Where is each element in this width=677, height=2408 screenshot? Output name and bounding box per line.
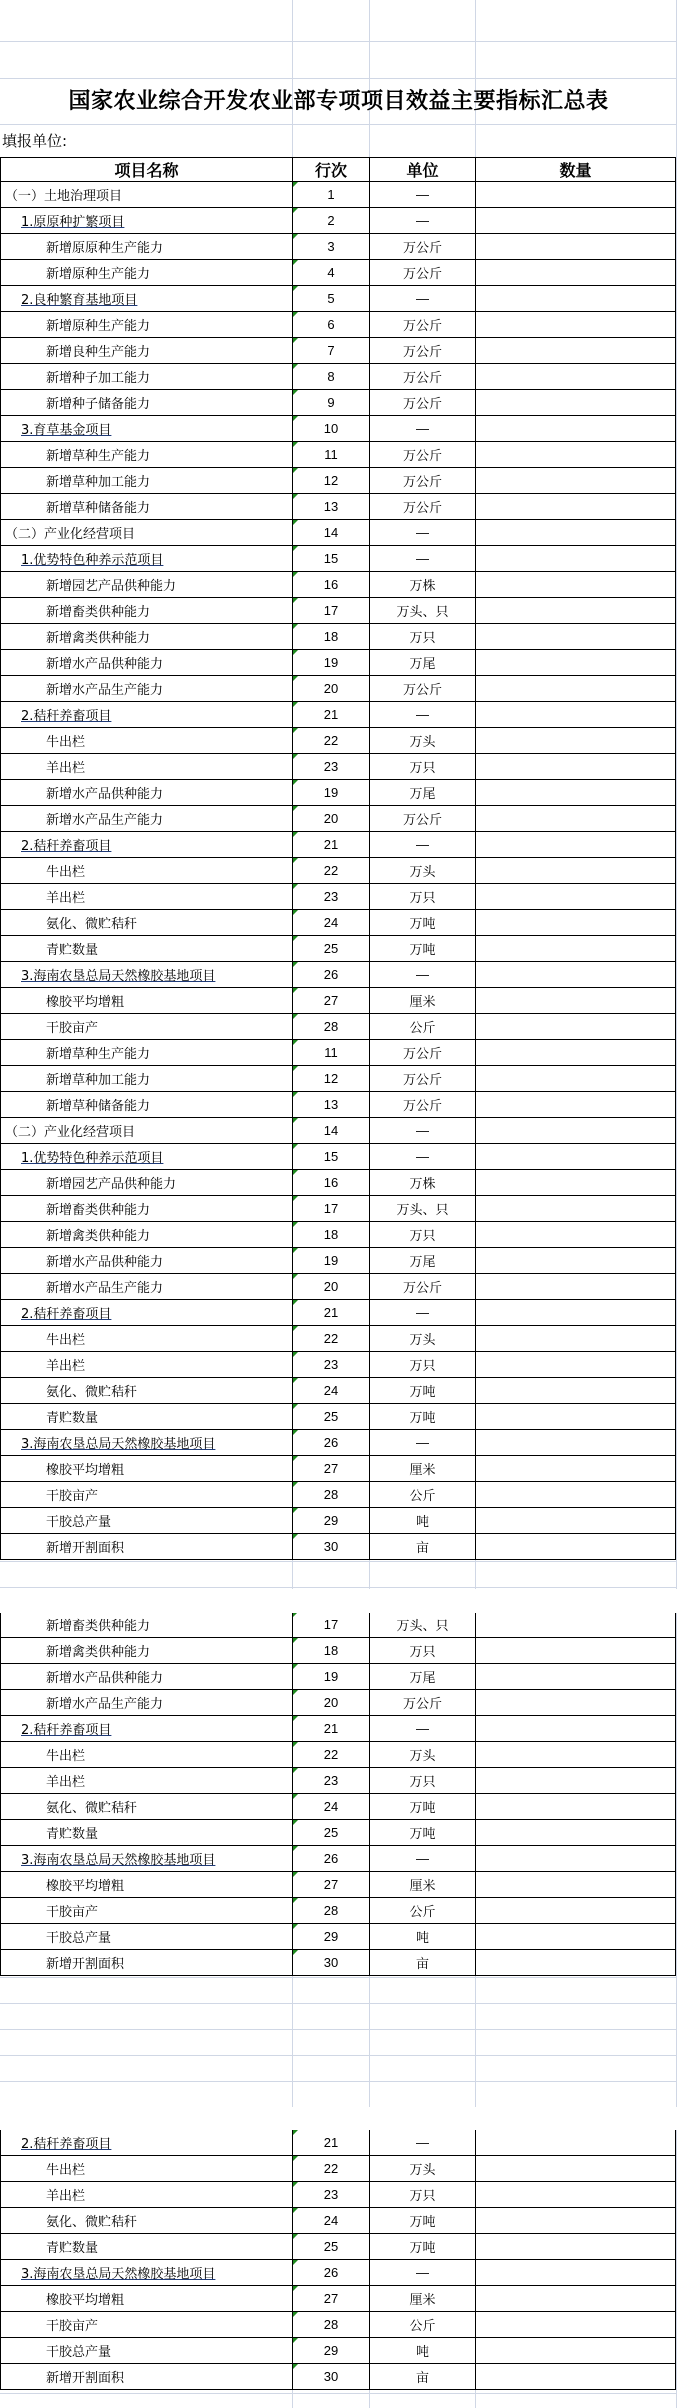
row-number-cell[interactable]: 16 bbox=[293, 1170, 370, 1196]
row-number-cell[interactable]: 22 bbox=[293, 1742, 370, 1768]
quantity-cell[interactable] bbox=[476, 2286, 676, 2312]
unit-cell[interactable]: 万只 bbox=[370, 1638, 476, 1664]
row-number-cell[interactable]: 27 bbox=[293, 2286, 370, 2312]
row-number-cell[interactable]: 22 bbox=[293, 2156, 370, 2182]
item-name-cell[interactable]: 新增水产品生产能力 bbox=[1, 676, 293, 702]
quantity-cell[interactable] bbox=[476, 676, 676, 702]
quantity-cell[interactable] bbox=[476, 520, 676, 546]
item-name-cell[interactable]: 橡胶平均增粗 bbox=[1, 988, 293, 1014]
unit-cell[interactable]: 万头、只 bbox=[370, 598, 476, 624]
quantity-cell[interactable] bbox=[476, 572, 676, 598]
quantity-cell[interactable] bbox=[476, 1404, 676, 1430]
unit-cell[interactable]: 万头 bbox=[370, 1742, 476, 1768]
item-name-cell[interactable]: 新增种子加工能力 bbox=[1, 364, 293, 390]
row-number-cell[interactable]: 20 bbox=[293, 806, 370, 832]
item-name-cell[interactable]: 新增水产品供种能力 bbox=[1, 1664, 293, 1690]
quantity-cell[interactable] bbox=[476, 416, 676, 442]
quantity-cell[interactable] bbox=[476, 364, 676, 390]
unit-cell[interactable]: 万头 bbox=[370, 858, 476, 884]
item-name-cell[interactable]: 新增水产品供种能力 bbox=[1, 780, 293, 806]
item-name-cell[interactable]: 橡胶平均增粗 bbox=[1, 2286, 293, 2312]
item-name-cell[interactable]: 羊出栏 bbox=[1, 754, 293, 780]
item-name-cell[interactable]: （二）产业化经营项目 bbox=[1, 520, 293, 546]
row-number-cell[interactable]: 11 bbox=[293, 1040, 370, 1066]
item-name-cell[interactable]: 氨化、微贮秸秆 bbox=[1, 910, 293, 936]
item-name-cell[interactable]: 3.海南农垦总局天然橡胶基地项目 bbox=[1, 2260, 293, 2286]
unit-cell[interactable]: 厘米 bbox=[370, 1872, 476, 1898]
unit-cell[interactable]: 万头 bbox=[370, 1326, 476, 1352]
item-name-cell[interactable]: 新增水产品供种能力 bbox=[1, 650, 293, 676]
quantity-cell[interactable] bbox=[476, 2234, 676, 2260]
unit-cell[interactable]: 厘米 bbox=[370, 1456, 476, 1482]
item-name-cell[interactable]: 干胶亩产 bbox=[1, 1014, 293, 1040]
quantity-cell[interactable] bbox=[476, 1508, 676, 1534]
item-name-cell[interactable]: 新增开割面积 bbox=[1, 2364, 293, 2390]
item-name-cell[interactable]: 新增禽类供种能力 bbox=[1, 1222, 293, 1248]
row-number-cell[interactable]: 9 bbox=[293, 390, 370, 416]
quantity-cell[interactable] bbox=[476, 1664, 676, 1690]
row-number-cell[interactable]: 20 bbox=[293, 676, 370, 702]
row-number-cell[interactable]: 15 bbox=[293, 1144, 370, 1170]
quantity-cell[interactable] bbox=[476, 780, 676, 806]
item-name-cell[interactable]: 青贮数量 bbox=[1, 1820, 293, 1846]
quantity-cell[interactable] bbox=[476, 1898, 676, 1924]
item-name-cell[interactable]: 干胶总产量 bbox=[1, 2338, 293, 2364]
row-number-cell[interactable]: 23 bbox=[293, 1768, 370, 1794]
row-number-cell[interactable]: 26 bbox=[293, 1846, 370, 1872]
row-number-cell[interactable]: 15 bbox=[293, 546, 370, 572]
quantity-cell[interactable] bbox=[476, 1950, 676, 1976]
item-name-cell[interactable]: 青贮数量 bbox=[1, 1404, 293, 1430]
item-name-cell[interactable]: 新增草种生产能力 bbox=[1, 1040, 293, 1066]
unit-cell[interactable]: — bbox=[370, 416, 476, 442]
row-number-cell[interactable]: 29 bbox=[293, 2338, 370, 2364]
quantity-cell[interactable] bbox=[476, 468, 676, 494]
item-name-cell[interactable]: 新增草种储备能力 bbox=[1, 494, 293, 520]
quantity-cell[interactable] bbox=[476, 988, 676, 1014]
quantity-cell[interactable] bbox=[476, 1716, 676, 1742]
quantity-cell[interactable] bbox=[476, 338, 676, 364]
quantity-cell[interactable] bbox=[476, 1326, 676, 1352]
row-number-cell[interactable]: 28 bbox=[293, 1014, 370, 1040]
item-name-cell[interactable]: 新增畜类供种能力 bbox=[1, 1612, 293, 1638]
quantity-cell[interactable] bbox=[476, 598, 676, 624]
unit-cell[interactable]: 万吨 bbox=[370, 1378, 476, 1404]
unit-cell[interactable]: 万尾 bbox=[370, 1248, 476, 1274]
quantity-cell[interactable] bbox=[476, 2208, 676, 2234]
quantity-cell[interactable] bbox=[476, 1924, 676, 1950]
item-name-cell[interactable]: 1.优势特色种养示范项目 bbox=[1, 1144, 293, 1170]
unit-cell[interactable]: 万公斤 bbox=[370, 468, 476, 494]
unit-cell[interactable]: 吨 bbox=[370, 2338, 476, 2364]
quantity-cell[interactable] bbox=[476, 286, 676, 312]
item-name-cell[interactable]: 新增草种储备能力 bbox=[1, 1092, 293, 1118]
item-name-cell[interactable]: 羊出栏 bbox=[1, 1352, 293, 1378]
unit-cell[interactable]: 万吨 bbox=[370, 1820, 476, 1846]
item-name-cell[interactable]: 2.秸秆养畜项目 bbox=[1, 1300, 293, 1326]
unit-cell[interactable]: — bbox=[370, 2260, 476, 2286]
unit-cell[interactable]: — bbox=[370, 832, 476, 858]
row-number-cell[interactable]: 22 bbox=[293, 858, 370, 884]
row-number-cell[interactable]: 22 bbox=[293, 728, 370, 754]
row-number-cell[interactable]: 2 bbox=[293, 208, 370, 234]
unit-cell[interactable]: 亩 bbox=[370, 1534, 476, 1560]
unit-cell[interactable]: 万公斤 bbox=[370, 234, 476, 260]
item-name-cell[interactable]: 牛出栏 bbox=[1, 2156, 293, 2182]
unit-cell[interactable]: 万公斤 bbox=[370, 260, 476, 286]
item-name-cell[interactable]: 新增开割面积 bbox=[1, 1534, 293, 1560]
row-number-cell[interactable]: 24 bbox=[293, 2208, 370, 2234]
unit-cell[interactable]: 万头 bbox=[370, 728, 476, 754]
unit-cell[interactable]: 万公斤 bbox=[370, 442, 476, 468]
unit-cell[interactable]: 万只 bbox=[370, 1352, 476, 1378]
unit-cell[interactable]: 公斤 bbox=[370, 1014, 476, 1040]
row-number-cell[interactable]: 26 bbox=[293, 962, 370, 988]
row-number-cell[interactable]: 30 bbox=[293, 1950, 370, 1976]
quantity-cell[interactable] bbox=[476, 754, 676, 780]
quantity-cell[interactable] bbox=[476, 494, 676, 520]
item-name-cell[interactable]: 橡胶平均增粗 bbox=[1, 1456, 293, 1482]
quantity-cell[interactable] bbox=[476, 1352, 676, 1378]
row-number-cell[interactable]: 27 bbox=[293, 1872, 370, 1898]
quantity-cell[interactable] bbox=[476, 2364, 676, 2390]
unit-cell[interactable]: 万头、只 bbox=[370, 1196, 476, 1222]
row-number-cell[interactable]: 28 bbox=[293, 1898, 370, 1924]
row-number-cell[interactable]: 20 bbox=[293, 1690, 370, 1716]
unit-cell[interactable]: 万公斤 bbox=[370, 312, 476, 338]
unit-cell[interactable]: — bbox=[370, 546, 476, 572]
quantity-cell[interactable] bbox=[476, 2182, 676, 2208]
row-number-cell[interactable]: 17 bbox=[293, 1196, 370, 1222]
quantity-cell[interactable] bbox=[476, 1820, 676, 1846]
row-number-cell[interactable]: 13 bbox=[293, 494, 370, 520]
item-name-cell[interactable]: 新增原原种生产能力 bbox=[1, 234, 293, 260]
row-number-cell[interactable]: 21 bbox=[293, 832, 370, 858]
unit-cell[interactable]: 万公斤 bbox=[370, 1274, 476, 1300]
item-name-cell[interactable]: 新增开割面积 bbox=[1, 1950, 293, 1976]
row-number-cell[interactable]: 27 bbox=[293, 1456, 370, 1482]
row-number-cell[interactable]: 21 bbox=[293, 1300, 370, 1326]
item-name-cell[interactable]: 青贮数量 bbox=[1, 936, 293, 962]
quantity-cell[interactable] bbox=[476, 1092, 676, 1118]
unit-cell[interactable]: 亩 bbox=[370, 2364, 476, 2390]
unit-cell[interactable]: 万尾 bbox=[370, 650, 476, 676]
unit-cell[interactable]: — bbox=[370, 702, 476, 728]
quantity-cell[interactable] bbox=[476, 1872, 676, 1898]
item-name-cell[interactable]: 新增种子储备能力 bbox=[1, 390, 293, 416]
unit-cell[interactable]: 公斤 bbox=[370, 1482, 476, 1508]
item-name-cell[interactable]: 干胶总产量 bbox=[1, 1508, 293, 1534]
quantity-cell[interactable] bbox=[476, 910, 676, 936]
quantity-cell[interactable] bbox=[476, 1196, 676, 1222]
quantity-cell[interactable] bbox=[476, 1066, 676, 1092]
unit-cell[interactable]: 万公斤 bbox=[370, 1040, 476, 1066]
item-name-cell[interactable]: 干胶亩产 bbox=[1, 2312, 293, 2338]
quantity-cell[interactable] bbox=[476, 1144, 676, 1170]
quantity-cell[interactable] bbox=[476, 1248, 676, 1274]
item-name-cell[interactable]: 干胶总产量 bbox=[1, 1924, 293, 1950]
row-number-cell[interactable]: 30 bbox=[293, 2364, 370, 2390]
item-name-cell[interactable]: 新增草种生产能力 bbox=[1, 442, 293, 468]
row-number-cell[interactable]: 25 bbox=[293, 1404, 370, 1430]
row-number-cell[interactable]: 10 bbox=[293, 416, 370, 442]
quantity-cell[interactable] bbox=[476, 1274, 676, 1300]
quantity-cell[interactable] bbox=[476, 1456, 676, 1482]
item-name-cell[interactable]: 牛出栏 bbox=[1, 728, 293, 754]
unit-cell[interactable]: 亩 bbox=[370, 1950, 476, 1976]
unit-cell[interactable]: — bbox=[370, 286, 476, 312]
quantity-cell[interactable] bbox=[476, 546, 676, 572]
row-number-cell[interactable]: 23 bbox=[293, 884, 370, 910]
row-number-cell[interactable]: 19 bbox=[293, 1248, 370, 1274]
item-name-cell[interactable]: 羊出栏 bbox=[1, 884, 293, 910]
item-name-cell[interactable]: 2.秸秆养畜项目 bbox=[1, 832, 293, 858]
row-number-cell[interactable]: 21 bbox=[293, 2130, 370, 2156]
quantity-cell[interactable] bbox=[476, 1794, 676, 1820]
row-number-cell[interactable]: 14 bbox=[293, 1118, 370, 1144]
item-name-cell[interactable]: 氨化、微贮秸秆 bbox=[1, 2208, 293, 2234]
unit-cell[interactable]: 万株 bbox=[370, 572, 476, 598]
row-number-cell[interactable]: 21 bbox=[293, 1716, 370, 1742]
quantity-cell[interactable] bbox=[476, 1742, 676, 1768]
quantity-cell[interactable] bbox=[476, 624, 676, 650]
quantity-cell[interactable] bbox=[476, 2156, 676, 2182]
quantity-cell[interactable] bbox=[476, 2312, 676, 2338]
quantity-cell[interactable] bbox=[476, 2260, 676, 2286]
unit-cell[interactable]: — bbox=[370, 1144, 476, 1170]
quantity-cell[interactable] bbox=[476, 1482, 676, 1508]
quantity-cell[interactable] bbox=[476, 1430, 676, 1456]
quantity-cell[interactable] bbox=[476, 884, 676, 910]
unit-cell[interactable]: 万公斤 bbox=[370, 494, 476, 520]
row-number-cell[interactable]: 30 bbox=[293, 1534, 370, 1560]
quantity-cell[interactable] bbox=[476, 1014, 676, 1040]
row-number-cell[interactable]: 19 bbox=[293, 650, 370, 676]
quantity-cell[interactable] bbox=[476, 234, 676, 260]
unit-cell[interactable]: 万吨 bbox=[370, 936, 476, 962]
unit-cell[interactable]: 万公斤 bbox=[370, 1092, 476, 1118]
row-number-cell[interactable]: 18 bbox=[293, 1638, 370, 1664]
quantity-cell[interactable] bbox=[476, 650, 676, 676]
item-name-cell[interactable]: 新增水产品供种能力 bbox=[1, 1248, 293, 1274]
unit-cell[interactable]: 万吨 bbox=[370, 2234, 476, 2260]
item-name-cell[interactable]: 新增园艺产品供种能力 bbox=[1, 572, 293, 598]
quantity-cell[interactable] bbox=[476, 1300, 676, 1326]
row-number-cell[interactable]: 14 bbox=[293, 520, 370, 546]
quantity-cell[interactable] bbox=[476, 962, 676, 988]
unit-cell[interactable]: 万尾 bbox=[370, 780, 476, 806]
item-name-cell[interactable]: 3.海南农垦总局天然橡胶基地项目 bbox=[1, 1846, 293, 1872]
item-name-cell[interactable]: 羊出栏 bbox=[1, 2182, 293, 2208]
quantity-cell[interactable] bbox=[476, 390, 676, 416]
item-name-cell[interactable]: 新增草种加工能力 bbox=[1, 468, 293, 494]
quantity-cell[interactable] bbox=[476, 208, 676, 234]
row-number-cell[interactable]: 11 bbox=[293, 442, 370, 468]
row-number-cell[interactable]: 3 bbox=[293, 234, 370, 260]
unit-cell[interactable]: 万头 bbox=[370, 2156, 476, 2182]
row-number-cell[interactable]: 19 bbox=[293, 1664, 370, 1690]
row-number-cell[interactable]: 23 bbox=[293, 1352, 370, 1378]
quantity-cell[interactable] bbox=[476, 1378, 676, 1404]
unit-cell[interactable]: 万公斤 bbox=[370, 390, 476, 416]
unit-cell[interactable]: 万吨 bbox=[370, 1794, 476, 1820]
row-number-cell[interactable]: 23 bbox=[293, 2182, 370, 2208]
row-number-cell[interactable]: 29 bbox=[293, 1924, 370, 1950]
row-number-cell[interactable]: 20 bbox=[293, 1274, 370, 1300]
unit-cell[interactable]: 万只 bbox=[370, 1768, 476, 1794]
item-name-cell[interactable]: 新增园艺产品供种能力 bbox=[1, 1170, 293, 1196]
item-name-cell[interactable]: 3.育草基金项目 bbox=[1, 416, 293, 442]
quantity-cell[interactable] bbox=[476, 1534, 676, 1560]
row-number-cell[interactable]: 12 bbox=[293, 468, 370, 494]
unit-cell[interactable]: — bbox=[370, 208, 476, 234]
quantity-cell[interactable] bbox=[476, 1222, 676, 1248]
quantity-cell[interactable] bbox=[476, 2130, 676, 2156]
unit-cell[interactable]: — bbox=[370, 520, 476, 546]
row-number-cell[interactable]: 13 bbox=[293, 1092, 370, 1118]
item-name-cell[interactable]: 新增禽类供种能力 bbox=[1, 1638, 293, 1664]
unit-cell[interactable]: — bbox=[370, 1118, 476, 1144]
unit-cell[interactable]: — bbox=[370, 1430, 476, 1456]
unit-cell[interactable]: 万吨 bbox=[370, 1404, 476, 1430]
item-name-cell[interactable]: 新增畜类供种能力 bbox=[1, 598, 293, 624]
item-name-cell[interactable]: 2.良种繁育基地项目 bbox=[1, 286, 293, 312]
item-name-cell[interactable]: 氨化、微贮秸秆 bbox=[1, 1794, 293, 1820]
quantity-cell[interactable] bbox=[476, 1768, 676, 1794]
unit-cell[interactable]: 厘米 bbox=[370, 988, 476, 1014]
item-name-cell[interactable]: 牛出栏 bbox=[1, 1326, 293, 1352]
unit-cell[interactable]: 万只 bbox=[370, 884, 476, 910]
item-name-cell[interactable]: 新增畜类供种能力 bbox=[1, 1196, 293, 1222]
row-number-cell[interactable]: 8 bbox=[293, 364, 370, 390]
unit-cell[interactable]: 万吨 bbox=[370, 910, 476, 936]
unit-cell[interactable]: 吨 bbox=[370, 1508, 476, 1534]
unit-cell[interactable]: — bbox=[370, 1300, 476, 1326]
item-name-cell[interactable]: （二）产业化经营项目 bbox=[1, 1118, 293, 1144]
quantity-cell[interactable] bbox=[476, 806, 676, 832]
row-number-cell[interactable]: 4 bbox=[293, 260, 370, 286]
quantity-cell[interactable] bbox=[476, 1118, 676, 1144]
unit-cell[interactable]: 万尾 bbox=[370, 1664, 476, 1690]
item-name-cell[interactable]: 2.秸秆养畜项目 bbox=[1, 1716, 293, 1742]
quantity-cell[interactable] bbox=[476, 1170, 676, 1196]
unit-cell[interactable]: 万公斤 bbox=[370, 1066, 476, 1092]
item-name-cell[interactable]: 干胶亩产 bbox=[1, 1898, 293, 1924]
unit-cell[interactable]: 公斤 bbox=[370, 2312, 476, 2338]
row-number-cell[interactable]: 17 bbox=[293, 1612, 370, 1638]
unit-cell[interactable]: — bbox=[370, 1846, 476, 1872]
row-number-cell[interactable]: 26 bbox=[293, 2260, 370, 2286]
row-number-cell[interactable]: 22 bbox=[293, 1326, 370, 1352]
row-number-cell[interactable]: 25 bbox=[293, 1820, 370, 1846]
row-number-cell[interactable]: 25 bbox=[293, 936, 370, 962]
unit-cell[interactable]: — bbox=[370, 2130, 476, 2156]
row-number-cell[interactable]: 16 bbox=[293, 572, 370, 598]
item-name-cell[interactable]: 橡胶平均增粗 bbox=[1, 1872, 293, 1898]
item-name-cell[interactable]: 新增草种加工能力 bbox=[1, 1066, 293, 1092]
row-number-cell[interactable]: 12 bbox=[293, 1066, 370, 1092]
item-name-cell[interactable]: （一）土地治理项目 bbox=[1, 182, 293, 208]
quantity-cell[interactable] bbox=[476, 1846, 676, 1872]
row-number-cell[interactable]: 6 bbox=[293, 312, 370, 338]
unit-cell[interactable]: 万只 bbox=[370, 1222, 476, 1248]
row-number-cell[interactable]: 21 bbox=[293, 702, 370, 728]
unit-cell[interactable]: 万头、只 bbox=[370, 1612, 476, 1638]
row-number-cell[interactable]: 18 bbox=[293, 1222, 370, 1248]
row-number-cell[interactable]: 29 bbox=[293, 1508, 370, 1534]
row-number-cell[interactable]: 27 bbox=[293, 988, 370, 1014]
row-number-cell[interactable]: 1 bbox=[293, 182, 370, 208]
unit-cell[interactable]: — bbox=[370, 1716, 476, 1742]
item-name-cell[interactable]: 新增良种生产能力 bbox=[1, 338, 293, 364]
row-number-cell[interactable]: 28 bbox=[293, 1482, 370, 1508]
quantity-cell[interactable] bbox=[476, 1612, 676, 1638]
row-number-cell[interactable]: 28 bbox=[293, 2312, 370, 2338]
quantity-cell[interactable] bbox=[476, 702, 676, 728]
unit-cell[interactable]: 万只 bbox=[370, 754, 476, 780]
item-name-cell[interactable]: 新增水产品生产能力 bbox=[1, 1274, 293, 1300]
item-name-cell[interactable]: 新增水产品生产能力 bbox=[1, 1690, 293, 1716]
quantity-cell[interactable] bbox=[476, 1040, 676, 1066]
unit-cell[interactable]: 万公斤 bbox=[370, 676, 476, 702]
row-number-cell[interactable]: 25 bbox=[293, 2234, 370, 2260]
unit-cell[interactable]: — bbox=[370, 962, 476, 988]
item-name-cell[interactable]: 干胶亩产 bbox=[1, 1482, 293, 1508]
quantity-cell[interactable] bbox=[476, 1690, 676, 1716]
item-name-cell[interactable]: 新增原种生产能力 bbox=[1, 260, 293, 286]
row-number-cell[interactable]: 17 bbox=[293, 598, 370, 624]
quantity-cell[interactable] bbox=[476, 832, 676, 858]
quantity-cell[interactable] bbox=[476, 442, 676, 468]
item-name-cell[interactable]: 新增原种生产能力 bbox=[1, 312, 293, 338]
quantity-cell[interactable] bbox=[476, 312, 676, 338]
row-number-cell[interactable]: 5 bbox=[293, 286, 370, 312]
quantity-cell[interactable] bbox=[476, 260, 676, 286]
item-name-cell[interactable]: 3.海南农垦总局天然橡胶基地项目 bbox=[1, 962, 293, 988]
unit-cell[interactable]: 万只 bbox=[370, 624, 476, 650]
row-number-cell[interactable]: 24 bbox=[293, 1378, 370, 1404]
row-number-cell[interactable]: 26 bbox=[293, 1430, 370, 1456]
unit-cell[interactable]: 万株 bbox=[370, 1170, 476, 1196]
unit-cell[interactable]: 公斤 bbox=[370, 1898, 476, 1924]
quantity-cell[interactable] bbox=[476, 2338, 676, 2364]
unit-cell[interactable]: 万公斤 bbox=[370, 1690, 476, 1716]
unit-cell[interactable]: 万只 bbox=[370, 2182, 476, 2208]
unit-cell[interactable]: 万公斤 bbox=[370, 364, 476, 390]
quantity-cell[interactable] bbox=[476, 936, 676, 962]
item-name-cell[interactable]: 羊出栏 bbox=[1, 1768, 293, 1794]
unit-cell[interactable]: 吨 bbox=[370, 1924, 476, 1950]
item-name-cell[interactable]: 青贮数量 bbox=[1, 2234, 293, 2260]
quantity-cell[interactable] bbox=[476, 182, 676, 208]
row-number-cell[interactable]: 19 bbox=[293, 780, 370, 806]
item-name-cell[interactable]: 3.海南农垦总局天然橡胶基地项目 bbox=[1, 1430, 293, 1456]
item-name-cell[interactable]: 牛出栏 bbox=[1, 1742, 293, 1768]
item-name-cell[interactable]: 1.原原种扩繁项目 bbox=[1, 208, 293, 234]
unit-cell[interactable]: 万公斤 bbox=[370, 338, 476, 364]
unit-cell[interactable]: — bbox=[370, 182, 476, 208]
unit-cell[interactable]: 厘米 bbox=[370, 2286, 476, 2312]
item-name-cell[interactable]: 新增水产品生产能力 bbox=[1, 806, 293, 832]
row-number-cell[interactable]: 24 bbox=[293, 910, 370, 936]
unit-cell[interactable]: 万公斤 bbox=[370, 806, 476, 832]
quantity-cell[interactable] bbox=[476, 1638, 676, 1664]
item-name-cell[interactable]: 氨化、微贮秸秆 bbox=[1, 1378, 293, 1404]
item-name-cell[interactable]: 2.秸秆养畜项目 bbox=[1, 2130, 293, 2156]
quantity-cell[interactable] bbox=[476, 728, 676, 754]
quantity-cell[interactable] bbox=[476, 858, 676, 884]
item-name-cell[interactable]: 2.秸秆养畜项目 bbox=[1, 702, 293, 728]
